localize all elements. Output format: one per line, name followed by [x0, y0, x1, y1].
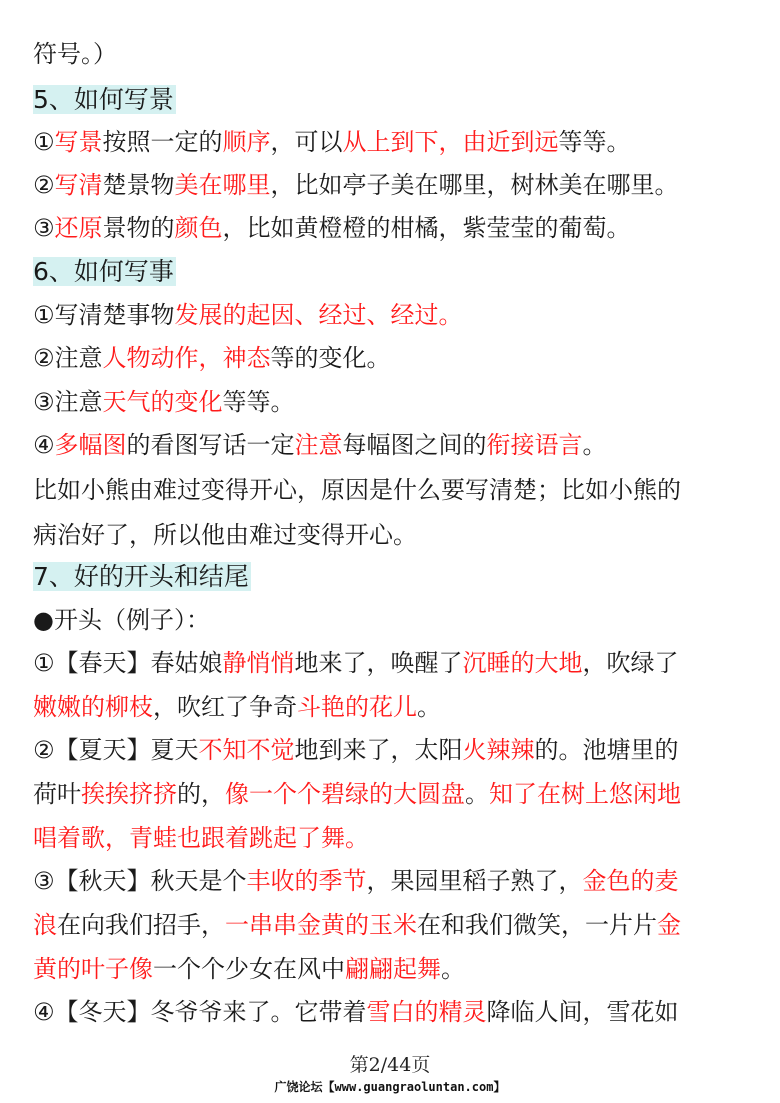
emphasis-text: 多幅图	[55, 431, 127, 459]
body-text: 符号。）	[33, 40, 117, 68]
emphasis-text: 翩翩起舞	[345, 955, 441, 983]
text-line: ②注意人物动作，神态等的变化。	[33, 338, 391, 378]
emphasis-text: 浪	[33, 911, 57, 939]
text-line: 荷叶挨挨挤挤的，像一个个碧绿的大圆盘。知了在树上悠闲地	[33, 774, 681, 814]
emphasis-text: 不知不觉	[199, 736, 295, 764]
emphasis-text: 沉睡的大地	[463, 649, 583, 677]
body-text: 。	[441, 955, 465, 983]
emphasis-text: 写景	[55, 128, 103, 156]
emphasis-text: 顺序	[223, 128, 271, 156]
site-watermark: 广饶论坛【www.guangraoluntan.com】	[0, 1078, 780, 1095]
body-text: 的。池塘里的	[535, 736, 679, 764]
text-line: 病治好了，所以他由难过变得开心。	[33, 515, 417, 555]
text-line: 浪在向我们招手，一串串金黄的玉米在和我们微笑，一片片金	[33, 905, 681, 945]
body-text: 等的变化。	[271, 344, 391, 372]
emphasis-text: 一串串金黄的玉米	[225, 911, 417, 939]
body-text: 的，	[177, 780, 225, 808]
emphasis-text: 颜色	[175, 214, 223, 242]
section-heading: 7、好的开头和结尾	[33, 557, 251, 597]
body-text: 等等。	[559, 128, 631, 156]
emphasis-text: 静悄悄	[223, 649, 295, 677]
body-text: ，比如黄橙橙的柑橘，紫莹莹的葡萄。	[223, 214, 631, 242]
body-text: 7、好的开头和结尾	[33, 562, 249, 591]
body-text: 地来了，唤醒了	[295, 649, 463, 677]
body-text: ，比如亭子美在哪里，树林美在哪里。	[271, 171, 679, 199]
emphasis-text: 火辣辣	[463, 736, 535, 764]
body-text: 。	[583, 431, 607, 459]
body-text: 6、如何写事	[33, 257, 174, 286]
body-text: 。	[465, 780, 489, 808]
text-line: 比如小熊由难过变得开心，原因是什么要写清楚；比如小熊的	[33, 470, 681, 510]
body-text: ①写清楚事物	[33, 301, 175, 329]
body-text: ①【春天】春姑娘	[33, 649, 223, 677]
emphasis-text: 金色的麦	[583, 867, 679, 895]
body-text: 楚景物	[103, 171, 175, 199]
body-text: 景物的	[103, 214, 175, 242]
emphasis-text: 挨挨挤挤	[81, 780, 177, 808]
emphasis-text: 像一个个碧绿的大圆盘	[225, 780, 465, 808]
body-text: 的看图写话一定	[127, 431, 295, 459]
body-text: ，吹绿了	[583, 649, 679, 677]
body-text: 比如小熊由难过变得开心，原因是什么要写清楚；比如小熊的	[33, 476, 681, 504]
emphasis-text: 黄的叶子像	[33, 955, 153, 983]
body-text: ③注意	[33, 388, 103, 416]
page-number: 第2/44页	[0, 1050, 780, 1077]
text-line: ①写景按照一定的顺序，可以从上到下，由近到远等等。	[33, 122, 631, 162]
emphasis-text: 金	[657, 911, 681, 939]
emphasis-text: 唱着歌，青蛙也跟着跳起了舞。	[33, 824, 369, 852]
body-text: 等等。	[223, 388, 295, 416]
text-line: 嫩嫩的柳枝，吹红了争奇斗艳的花儿。	[33, 687, 441, 727]
emphasis-text: 还原	[55, 214, 103, 242]
body-text: ②	[33, 171, 55, 199]
body-text: ②【夏天】夏天	[33, 736, 199, 764]
body-text: ④【冬天】冬爷爷来了。它带着	[33, 998, 367, 1026]
emphasis-text: 丰收的季节	[247, 867, 367, 895]
section-heading: 6、如何写事	[33, 252, 176, 292]
body-text: ，可以	[271, 128, 343, 156]
body-text: 降临人间，雪花如	[487, 998, 679, 1026]
text-line: ③【秋天】秋天是个丰收的季节，果园里稻子熟了，金色的麦	[33, 861, 679, 901]
emphasis-text: 嫩嫩的柳枝	[33, 693, 153, 721]
text-line: ②【夏天】夏天不知不觉地到来了，太阳火辣辣的。池塘里的	[33, 730, 679, 770]
text-line: ①写清楚事物发展的起因、经过、经过。	[33, 295, 463, 335]
body-text: 病治好了，所以他由难过变得开心。	[33, 521, 417, 549]
emphasis-text: 从上到下，由近到远	[343, 128, 559, 156]
body-text: 。	[417, 693, 441, 721]
emphasis-text: 发展的起因、经过、经过。	[175, 301, 463, 329]
emphasis-text: 斗艳的花儿	[297, 693, 417, 721]
text-line: ③注意天气的变化等等。	[33, 382, 295, 422]
body-text: ③	[33, 214, 55, 242]
body-text: 5、如何写景	[33, 85, 174, 114]
body-text: ●开头（例子）：	[33, 606, 210, 634]
text-line: ③还原景物的颜色，比如黄橙橙的柑橘，紫莹莹的葡萄。	[33, 208, 631, 248]
body-text: 荷叶	[33, 780, 81, 808]
emphasis-text: 注意	[295, 431, 343, 459]
text-line: ④【冬天】冬爷爷来了。它带着雪白的精灵降临人间，雪花如	[33, 992, 679, 1032]
body-text: 一个个少女在风中	[153, 955, 345, 983]
body-text: ④	[33, 431, 55, 459]
text-line: 符号。）	[33, 34, 117, 74]
body-text: ③【秋天】秋天是个	[33, 867, 247, 895]
text-line: ②写清楚景物美在哪里，比如亭子美在哪里，树林美在哪里。	[33, 165, 679, 205]
body-text: ，吹红了争奇	[153, 693, 297, 721]
text-line: ●开头（例子）：	[33, 600, 210, 640]
text-line: ①【春天】春姑娘静悄悄地来了，唤醒了沉睡的大地，吹绿了	[33, 643, 679, 683]
body-text: ②注意	[33, 344, 103, 372]
body-text: ①	[33, 128, 55, 156]
text-line: 唱着歌，青蛙也跟着跳起了舞。	[33, 818, 369, 858]
section-heading: 5、如何写景	[33, 80, 176, 120]
text-line: ④多幅图的看图写话一定注意每幅图之间的衔接语言。	[33, 425, 607, 465]
emphasis-text: 知了在树上悠闲地	[489, 780, 681, 808]
emphasis-text: 写清	[55, 171, 103, 199]
body-text: 每幅图之间的	[343, 431, 487, 459]
emphasis-text: 雪白的精灵	[367, 998, 487, 1026]
emphasis-text: 美在哪里	[175, 171, 271, 199]
body-text: ，果园里稻子熟了，	[367, 867, 583, 895]
emphasis-text: 衔接语言	[487, 431, 583, 459]
emphasis-text: 人物动作，神态	[103, 344, 271, 372]
body-text: 地到来了，太阳	[295, 736, 463, 764]
body-text: 在向我们招手，	[57, 911, 225, 939]
text-line: 黄的叶子像一个个少女在风中翩翩起舞。	[33, 949, 465, 989]
body-text: 在和我们微笑，一片片	[417, 911, 657, 939]
emphasis-text: 天气的变化	[103, 388, 223, 416]
body-text: 按照一定的	[103, 128, 223, 156]
